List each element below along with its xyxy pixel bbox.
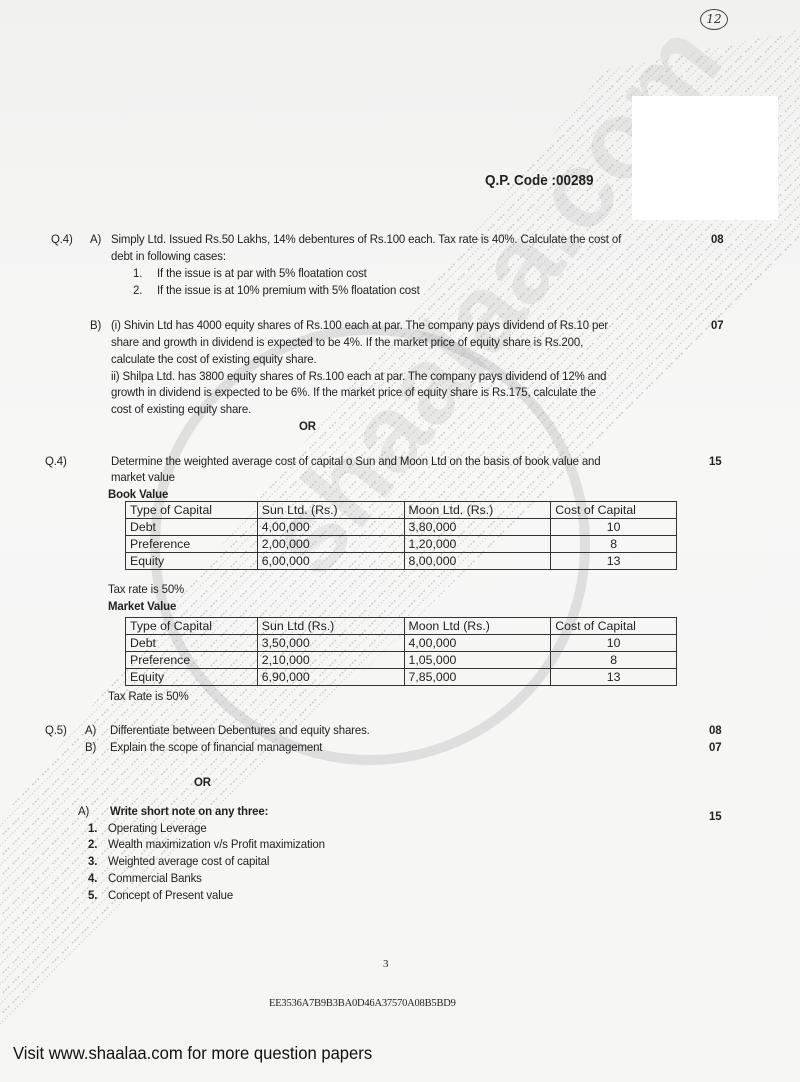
q4-alt-marks: 15 <box>709 453 721 471</box>
table-row: Preference 2,00,000 1,20,000 8 <box>126 536 677 553</box>
visit-website-banner: Visit www.shaalaa.com for more question … <box>13 1043 372 1064</box>
table-header-row: Type of Capital Sun Ltd (Rs.) Moon Ltd (… <box>126 618 677 635</box>
table-cell: 7,85,000 <box>404 669 551 686</box>
table-cell: 10 <box>551 519 677 536</box>
q5-alt-item-num: 3. <box>88 853 97 871</box>
q4b-marks: 07 <box>711 317 723 335</box>
q4-alt-line1: Determine the weighted average cost of c… <box>111 453 600 471</box>
q4b-line: growth in dividend is expected to be 6%.… <box>111 384 596 402</box>
q4a-marks: 08 <box>711 231 723 249</box>
table-cell: 6,90,000 <box>257 669 404 686</box>
table-header-cell: Sun Ltd. (Rs.) <box>257 502 404 519</box>
table-cell: 6,00,000 <box>257 553 404 570</box>
table-header-cell: Moon Ltd. (Rs.) <box>404 502 551 519</box>
q5b-text: Explain the scope of financial managemen… <box>110 739 322 757</box>
table-header-cell: Cost of Capital <box>551 618 677 635</box>
q4b-line: ii) Shilpa Ltd. has 3800 equity shares o… <box>111 368 606 386</box>
qp-code: Q.P. Code :00289 <box>485 172 594 189</box>
market-value-title: Market Value <box>108 598 176 616</box>
table-header-cell: Type of Capital <box>126 502 258 519</box>
q5b-label: B) <box>85 739 96 757</box>
redacted-box <box>632 96 778 220</box>
q5-alt-item-num: 4. <box>88 870 97 888</box>
q4-number: Q.4) <box>51 231 73 249</box>
table-cell: Preference <box>126 652 258 669</box>
q5-number: Q.5) <box>45 722 67 740</box>
q5-alt-marks: 15 <box>709 808 721 826</box>
q5a-label: A) <box>85 722 96 740</box>
q4b-label: B) <box>90 317 101 335</box>
q4b-line: cost of existing equity share. <box>111 401 251 419</box>
q5a-marks: 08 <box>709 722 721 740</box>
table-cell: 4,00,000 <box>404 635 551 652</box>
table-cell: 13 <box>551 553 677 570</box>
table-cell: 3,80,000 <box>404 519 551 536</box>
q4b-line: share and growth in dividend is expected… <box>111 334 583 352</box>
or-separator: OR <box>194 774 211 792</box>
q4a-item-num: 1. <box>133 265 142 283</box>
table-cell: 10 <box>551 635 677 652</box>
q5-alt-item-text: Commercial Banks <box>108 870 202 888</box>
table-header-cell: Sun Ltd (Rs.) <box>257 618 404 635</box>
table-cell: Preference <box>126 536 258 553</box>
table-header-cell: Moon Ltd (Rs.) <box>404 618 551 635</box>
handwritten-page-mark: 12 <box>700 9 728 30</box>
table-cell: 4,00,000 <box>257 519 404 536</box>
table-cell: Debt <box>126 635 258 652</box>
q5-alt-item-num: 1. <box>88 820 97 838</box>
table-header-cell: Type of Capital <box>126 618 258 635</box>
table-cell: 3,50,000 <box>257 635 404 652</box>
table-cell: Equity <box>126 553 258 570</box>
q5-alt-item-num: 5. <box>88 887 97 905</box>
q4a-item-text: If the issue is at par with 5% floatatio… <box>157 265 367 283</box>
footer-code: EE3536A7B9B3BA0D46A37570A08B5BD9 <box>269 998 456 1009</box>
q4a-item-text: If the issue is at 10% premium with 5% f… <box>157 282 420 300</box>
q4a-line2: debt in following cases: <box>111 248 226 266</box>
table-cell: Equity <box>126 669 258 686</box>
page-number: 3 <box>383 958 389 970</box>
q5b-marks: 07 <box>709 739 721 757</box>
or-separator: OR <box>299 418 316 436</box>
table-header-row: Type of Capital Sun Ltd. (Rs.) Moon Ltd.… <box>126 502 677 519</box>
q5-alt-label: A) <box>78 803 89 821</box>
q4a-label: A) <box>90 231 101 249</box>
table-row: Preference 2,10,000 1,05,000 8 <box>126 652 677 669</box>
q5-alt-item-text: Concept of Present value <box>108 887 233 905</box>
q4a-line1: Simply Ltd. Issued Rs.50 Lakhs, 14% debe… <box>111 231 621 249</box>
table-cell: 2,00,000 <box>257 536 404 553</box>
book-value-tax-note: Tax rate is 50% <box>108 581 184 599</box>
market-value-table: Type of Capital Sun Ltd (Rs.) Moon Ltd (… <box>125 617 677 686</box>
table-cell: 1,20,000 <box>404 536 551 553</box>
table-cell: 8 <box>551 536 677 553</box>
q5-alt-item-num: 2. <box>88 836 97 854</box>
table-cell: 8 <box>551 652 677 669</box>
table-cell: 8,00,000 <box>404 553 551 570</box>
q5-alt-item-text: Weighted average cost of capital <box>108 853 269 871</box>
table-cell: Debt <box>126 519 258 536</box>
q5-alt-item-text: Operating Leverage <box>108 820 207 838</box>
table-row: Equity 6,00,000 8,00,000 13 <box>126 553 677 570</box>
table-cell: 2,10,000 <box>257 652 404 669</box>
q5a-text: Differentiate between Debentures and equ… <box>110 722 370 740</box>
q5-alt-item-text: Wealth maximization v/s Profit maximizat… <box>108 836 325 854</box>
table-row: Equity 6,90,000 7,85,000 13 <box>126 669 677 686</box>
table-header-cell: Cost of Capital <box>551 502 677 519</box>
table-cell: 1,05,000 <box>404 652 551 669</box>
q4b-line: calculate the cost of existing equity sh… <box>111 351 317 369</box>
book-value-table: Type of Capital Sun Ltd. (Rs.) Moon Ltd.… <box>125 501 677 570</box>
market-value-tax-note: Tax Rate is 50% <box>108 688 189 706</box>
q4-alt-number: Q.4) <box>45 453 67 471</box>
table-cell: 13 <box>551 669 677 686</box>
table-row: Debt 3,50,000 4,00,000 10 <box>126 635 677 652</box>
q4-alt-line2: market value <box>111 469 175 487</box>
q4a-item-num: 2. <box>133 282 142 300</box>
table-row: Debt 4,00,000 3,80,000 10 <box>126 519 677 536</box>
q4b-line: (i) Shivin Ltd has 4000 equity shares of… <box>111 317 608 335</box>
q5-alt-text: Write short note on any three: <box>110 803 268 821</box>
